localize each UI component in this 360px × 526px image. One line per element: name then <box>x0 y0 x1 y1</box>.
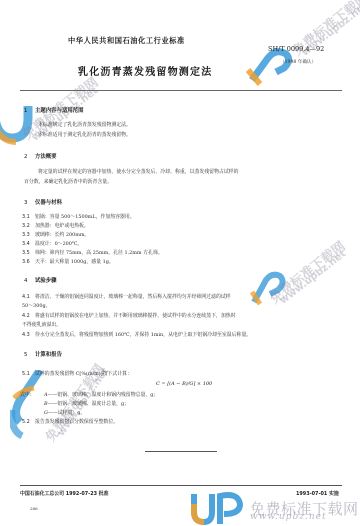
item-number: 3.3 <box>22 231 35 240</box>
item-number: 3.2 <box>22 222 35 231</box>
section-number: 2 <box>24 154 35 160</box>
item-number: 5.1 <box>22 370 35 379</box>
section-heading-5: 5计算和报告 <box>24 350 62 358</box>
list-item: 3.2加热器：电炉或电热板。 <box>22 222 89 231</box>
variable-definition: G——试样量，g。 <box>44 409 85 418</box>
section-title: 试验步骤 <box>35 278 57 284</box>
header-divider <box>20 90 342 91</box>
list-item: 3.4温度计：0～200℃。 <box>22 240 82 249</box>
list-item: 3.1铝锅：容量 500～1500mL，作加热容器用。 <box>22 213 135 222</box>
item-text: 待水分完全蒸发后，将残留物加热到 160℃，并保持 1min，从电炉上取下铝锅冷… <box>35 332 251 338</box>
confirmation-year: （1998 年确认） <box>280 59 316 65</box>
section-title: 方法概要 <box>35 154 57 160</box>
item-number: 3.6 <box>22 258 35 267</box>
issuing-organization: 中华人民共和国石油化工行业标准 <box>68 36 185 46</box>
item-text: 铝锅：容量 500～1500mL，作加热容器用。 <box>35 214 135 220</box>
section-title: 计算和报告 <box>35 352 62 358</box>
item-continuation: 50～300g。 <box>22 302 50 311</box>
list-item: 5.1试样的蒸发残留物 C[%(m/m)]按下式计算： <box>22 370 132 379</box>
section-number: 4 <box>24 278 35 284</box>
list-item: 5.2报告蒸发残留物百分数保留至整数位。 <box>22 418 118 427</box>
item-number: 4.2 <box>22 312 35 321</box>
list-item: 4.2将盛有试样的铝锅放在电炉上加热，并不断用玻璃棒搅拌，使试样中的水分连续蒸下… <box>22 312 236 321</box>
item-number: 3.4 <box>22 240 35 249</box>
list-item: 3.3玻璃棒：长约 200mm。 <box>22 231 89 240</box>
where-label: 式中： <box>20 391 35 400</box>
section-heading-3: 3仪器与材料 <box>24 198 62 206</box>
item-number: 3.5 <box>22 249 35 258</box>
item-continuation: 不得使乳液溢出。 <box>22 321 61 330</box>
item-number: 3.1 <box>22 213 35 222</box>
variable-definition: A——铝锅、玻璃棒、温度计和锅内残留物总量，g； <box>44 391 158 400</box>
page-number: 286 <box>30 506 38 511</box>
item-text: 天平：最大称量 1000g，感量 1g。 <box>35 259 114 265</box>
standard-code: SH/T 0099.4—92 <box>268 45 324 53</box>
section-heading-4: 4试验步骤 <box>24 276 57 284</box>
item-text: 报告蒸发残留物百分数保留至整数位。 <box>35 419 118 425</box>
item-text: 玻璃棒：长约 200mm。 <box>35 232 89 238</box>
paragraph: 将定量的试样在规定的容器中加热，使水分完全蒸发后，冷却、称重，以蒸发残留物占试样… <box>38 168 239 177</box>
item-text: 加热器：电炉或电热板。 <box>35 223 89 229</box>
paragraph: 本标准规定了乳化沥青蒸发残留物测定法。 <box>38 121 131 130</box>
item-number: 5.2 <box>22 418 35 427</box>
item-number: 4.1 <box>22 293 35 302</box>
item-text: 将盛有试样的铝锅放在电炉上加热，并不断用玻璃棒搅拌，使试样中的水分连续蒸下，加热… <box>35 313 236 319</box>
list-item: 3.5筛网：筛内径 75mm，高 25mm，孔径 1.2mm 方孔筛。 <box>22 249 163 258</box>
formula: C = [(A − B)/G] × 100 <box>156 381 212 387</box>
item-text: 筛网：筛内径 75mm，高 25mm，孔径 1.2mm 方孔筛。 <box>35 250 163 256</box>
section-title: 主题内容与适用范围 <box>35 108 84 114</box>
paragraph: 本标准适用于测定乳化沥青的蒸发残留物。 <box>38 131 131 140</box>
item-text: 试样的蒸发残留物 C[%(m/m)]按下式计算： <box>35 371 132 377</box>
item-number: 4.3 <box>22 331 35 340</box>
list-item: 3.6天平：最大称量 1000g，感量 1g。 <box>22 258 114 267</box>
list-item: 4.1将清洁、干燥的铝锅连同温度计、玻璃棒一起称量，然后称入搅拌均匀并经筛网过滤… <box>22 293 231 302</box>
variable-definition: B——铝锅、玻璃棒、温度计总量，g； <box>44 400 129 409</box>
section-title: 仪器与材料 <box>35 200 62 206</box>
section-heading-1: 1主题内容与适用范围 <box>24 106 84 114</box>
end-of-document-rule <box>145 451 217 452</box>
list-item: 4.3待水分完全蒸发后，将残留物加热到 160℃，并保持 1min，从电炉上取下… <box>22 331 251 340</box>
item-text: 温度计：0～200℃。 <box>35 241 82 247</box>
item-text: 将清洁、干燥的铝锅连同温度计、玻璃棒一起称量，然后称入搅拌均匀并经筛网过滤的试样 <box>35 294 231 300</box>
document-title: 乳化沥青蒸发残留物测定法 <box>78 63 212 78</box>
variable-desc: ——铝锅、玻璃棒、温度计总量，g； <box>48 401 129 407</box>
paragraph: 百分数，来确定乳化沥青中的沥青含量。 <box>24 178 112 187</box>
watermark-site-url: www.upbz.net <box>250 512 327 522</box>
section-heading-2: 2方法概要 <box>24 152 57 160</box>
watermark-logo-icon <box>190 490 250 526</box>
section-number: 5 <box>24 352 35 358</box>
variable-desc: ——试样量，g。 <box>48 410 85 416</box>
footer-divider <box>20 485 342 486</box>
implementation-date: 1993-07-01 实施 <box>296 490 339 497</box>
section-number: 3 <box>24 200 35 206</box>
section-number: 1 <box>24 108 35 114</box>
variable-desc: ——铝锅、玻璃棒、温度计和锅内残留物总量，g； <box>48 392 159 398</box>
approval-info: 中国石油化工总公司 1992-07-23 批准 <box>20 490 109 497</box>
